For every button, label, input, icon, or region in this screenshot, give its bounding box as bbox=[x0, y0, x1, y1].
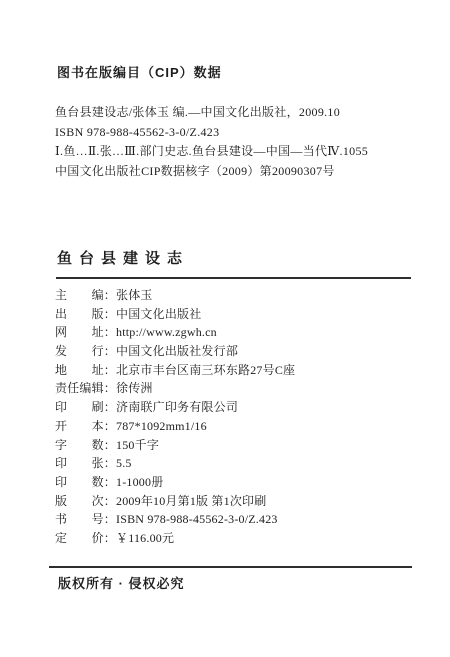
colophon-row-publisher: 出 版：中国文化出版社 bbox=[55, 305, 295, 324]
colophon-value: 5.5 bbox=[116, 456, 132, 470]
copyright-page: 图书在版编目（CIP）数据 鱼台县建设志/张体玉 编.—中国文化出版社，2009… bbox=[0, 0, 450, 657]
colophon-row-sheets: 印 张：5.5 bbox=[55, 454, 295, 473]
cip-line-classification: Ⅰ.鱼…Ⅱ.张…Ⅲ.部门史志.鱼台县建设—中国—当代Ⅳ.1055 bbox=[55, 142, 368, 162]
colophon-label: 发 行： bbox=[55, 344, 116, 358]
colophon-value: 张体玉 bbox=[116, 288, 153, 302]
colophon-value: 徐传洲 bbox=[116, 381, 153, 395]
colophon-label: 地 址： bbox=[55, 363, 116, 377]
colophon-row-responsible-editor: 责任编辑：徐传洲 bbox=[55, 379, 295, 398]
title-divider-rule bbox=[56, 277, 411, 279]
cip-header: 图书在版编目（CIP）数据 bbox=[57, 62, 222, 81]
colophon-label: 版 次： bbox=[55, 494, 116, 508]
colophon-label: 印 张： bbox=[55, 456, 116, 470]
colophon-label: 书 号： bbox=[55, 512, 116, 526]
colophon-value: 787*1092mm1/16 bbox=[116, 419, 207, 433]
colophon-value: http://www.zgwh.cn bbox=[116, 325, 217, 339]
colophon-row-printer: 印 刷：济南联广印务有限公司 bbox=[55, 398, 295, 417]
colophon-label: 定 价： bbox=[55, 531, 116, 545]
colophon-label: 网 址： bbox=[55, 325, 116, 339]
colophon-row-edition: 版 次：2009年10月第1版 第1次印刷 bbox=[55, 492, 295, 511]
colophon-value: 济南联广印务有限公司 bbox=[116, 400, 238, 414]
colophon-row-chief-editor: 主 编：张体玉 bbox=[55, 286, 295, 305]
cip-line-isbn: ISBN 978-988-45562-3-0/Z.423 bbox=[55, 123, 368, 143]
colophon-row-website: 网 址：http://www.zgwh.cn bbox=[55, 323, 295, 342]
colophon-label: 责任编辑： bbox=[55, 381, 116, 395]
colophon-row-address: 地 址：北京市丰台区南三环东路27号C座 bbox=[55, 361, 295, 380]
colophon-row-word-count: 字 数：150千字 bbox=[55, 436, 295, 455]
colophon-row-format: 开 本：787*1092mm1/16 bbox=[55, 417, 295, 436]
colophon-value: 1-1000册 bbox=[116, 475, 163, 489]
colophon-value: ￥116.00元 bbox=[116, 531, 174, 545]
colophon-row-price: 定 价：￥116.00元 bbox=[55, 529, 295, 548]
cip-block: 鱼台县建设志/张体玉 编.—中国文化出版社，2009.10 ISBN 978-9… bbox=[55, 103, 368, 181]
colophon-row-isbn: 书 号：ISBN 978-988-45562-3-0/Z.423 bbox=[55, 510, 295, 529]
colophon-list: 主 编：张体玉 出 版：中国文化出版社 网 址：http://www.zgwh.… bbox=[55, 286, 295, 548]
copyright-notice: 版权所有 · 侵权必究 bbox=[58, 573, 185, 592]
colophon-value: 150千字 bbox=[116, 438, 159, 452]
colophon-value: 中国文化出版社发行部 bbox=[116, 344, 238, 358]
cip-line-record-number: 中国文化出版社CIP数据核字（2009）第20090307号 bbox=[55, 162, 368, 182]
colophon-label: 主 编： bbox=[55, 288, 116, 302]
colophon-label: 印 数： bbox=[55, 475, 116, 489]
colophon-label: 印 刷： bbox=[55, 400, 116, 414]
colophon-row-distributor: 发 行：中国文化出版社发行部 bbox=[55, 342, 295, 361]
colophon-value: 中国文化出版社 bbox=[116, 307, 201, 321]
colophon-row-print-run: 印 数：1-1000册 bbox=[55, 473, 295, 492]
colophon-label: 字 数： bbox=[55, 438, 116, 452]
book-title: 鱼台县建设志 bbox=[57, 247, 189, 268]
footer-divider-rule bbox=[49, 566, 412, 568]
colophon-value: 北京市丰台区南三环东路27号C座 bbox=[116, 363, 295, 377]
colophon-label: 开 本： bbox=[55, 419, 116, 433]
cip-line-title: 鱼台县建设志/张体玉 编.—中国文化出版社，2009.10 bbox=[55, 103, 368, 123]
colophon-value: ISBN 978-988-45562-3-0/Z.423 bbox=[116, 512, 278, 526]
colophon-label: 出 版： bbox=[55, 307, 116, 321]
colophon-value: 2009年10月第1版 第1次印刷 bbox=[116, 494, 266, 508]
